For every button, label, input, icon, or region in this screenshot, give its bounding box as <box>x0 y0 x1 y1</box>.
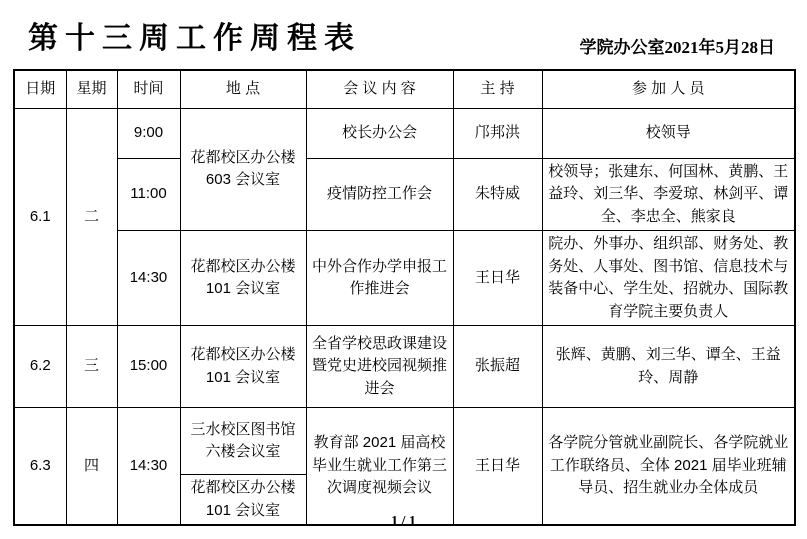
header-time: 时间 <box>117 70 180 108</box>
table-row: 11:00 疫情防控工作会 朱特威 校领导；张建东、何国林、黄鹏、王益玲、刘三华… <box>14 158 795 231</box>
table-header-row: 日期 星期 时间 地 点 会 议 内 容 主 持 参 加 人 员 <box>14 70 795 108</box>
cell-host-zhutewei: 朱特威 <box>453 158 542 231</box>
cell-date-6-2: 6.2 <box>14 326 66 408</box>
cell-host-kuangbanghong: 邝邦洪 <box>453 108 542 158</box>
cell-time-1100: 11:00 <box>117 158 180 231</box>
cell-weekday-wed: 三 <box>66 326 117 408</box>
cell-time-1500: 15:00 <box>117 326 180 408</box>
cell-location-101-row4: 花都校区办公楼 101 会议室 <box>180 326 306 408</box>
cell-weekday-tue: 二 <box>66 108 117 326</box>
cell-content-employment-meeting: 教育部 2021 届高校毕业生就业工作第三次调度视频会议 <box>306 408 453 526</box>
header-weekday: 星期 <box>66 70 117 108</box>
cell-content-cooperation-meeting: 中外合作办学申报工作推进会 <box>306 231 453 326</box>
header-content: 会 议 内 容 <box>306 70 453 108</box>
cell-participants-row3: 院办、外事办、组织部、财务处、教务处、人事处、图书馆、信息技术与装备中心、学生处… <box>542 231 795 326</box>
table-row: 6.3 四 14:30 三水校区图书馆六楼会议室 教育部 2021 届高校毕业生… <box>14 408 795 475</box>
cell-content-ideology-meeting: 全省学校思政课建设暨党史进校园视频推进会 <box>306 326 453 408</box>
header-host: 主 持 <box>453 70 542 108</box>
cell-host-zhangzhenchao: 张振超 <box>453 326 542 408</box>
cell-weekday-thu: 四 <box>66 408 117 526</box>
table-row: 14:30 花都校区办公楼 101 会议室 中外合作办学申报工作推进会 王日华 … <box>14 231 795 326</box>
cell-participants-row2: 校领导；张建东、何国林、黄鹏、王益玲、刘三华、李爱琼、林剑平、谭全、李忠全、熊家… <box>542 158 795 231</box>
cell-content-epidemic-meeting: 疫情防控工作会 <box>306 158 453 231</box>
page-title: 第十三周工作周程表 <box>28 13 361 57</box>
cell-time-900: 9:00 <box>117 108 180 158</box>
cell-date-6-3: 6.3 <box>14 408 66 526</box>
cell-location-sanshui-library: 三水校区图书馆六楼会议室 <box>180 408 306 475</box>
cell-participants-row5: 各学院分管就业副院长、各学院就业工作联络员、全体 2021 届毕业班辅导员、招生… <box>542 408 795 526</box>
table-row: 6.1 二 9:00 花都校区办公楼 603 会议室 校长办公会 邝邦洪 校领导 <box>14 108 795 158</box>
cell-location-101-row3: 花都校区办公楼 101 会议室 <box>180 231 306 326</box>
header-location: 地 点 <box>180 70 306 108</box>
cell-participants-row4: 张辉、黄鹏、刘三华、谭全、王益玲、周静 <box>542 326 795 408</box>
header-date: 日期 <box>14 70 66 108</box>
table-row: 6.2 三 15:00 花都校区办公楼 101 会议室 全省学校思政课建设暨党史… <box>14 326 795 408</box>
page-number: 1 / 1 <box>0 514 807 530</box>
cell-location-603: 花都校区办公楼 603 会议室 <box>180 108 306 231</box>
cell-date-6-1: 6.1 <box>14 108 66 326</box>
cell-content-principal-meeting: 校长办公会 <box>306 108 453 158</box>
office-date-label: 学院办公室2021年5月28日 <box>580 33 776 58</box>
cell-host-wangrihua-row3: 王日华 <box>453 231 542 326</box>
cell-host-wangrihua-row5: 王日华 <box>453 408 542 526</box>
header-participants: 参 加 人 员 <box>542 70 795 108</box>
cell-time-1430-tue: 14:30 <box>117 231 180 326</box>
cell-participants-row1: 校领导 <box>542 108 795 158</box>
weekly-schedule-table: 日期 星期 时间 地 点 会 议 内 容 主 持 参 加 人 员 6.1 二 9… <box>13 69 796 526</box>
cell-time-1430-thu: 14:30 <box>117 408 180 526</box>
